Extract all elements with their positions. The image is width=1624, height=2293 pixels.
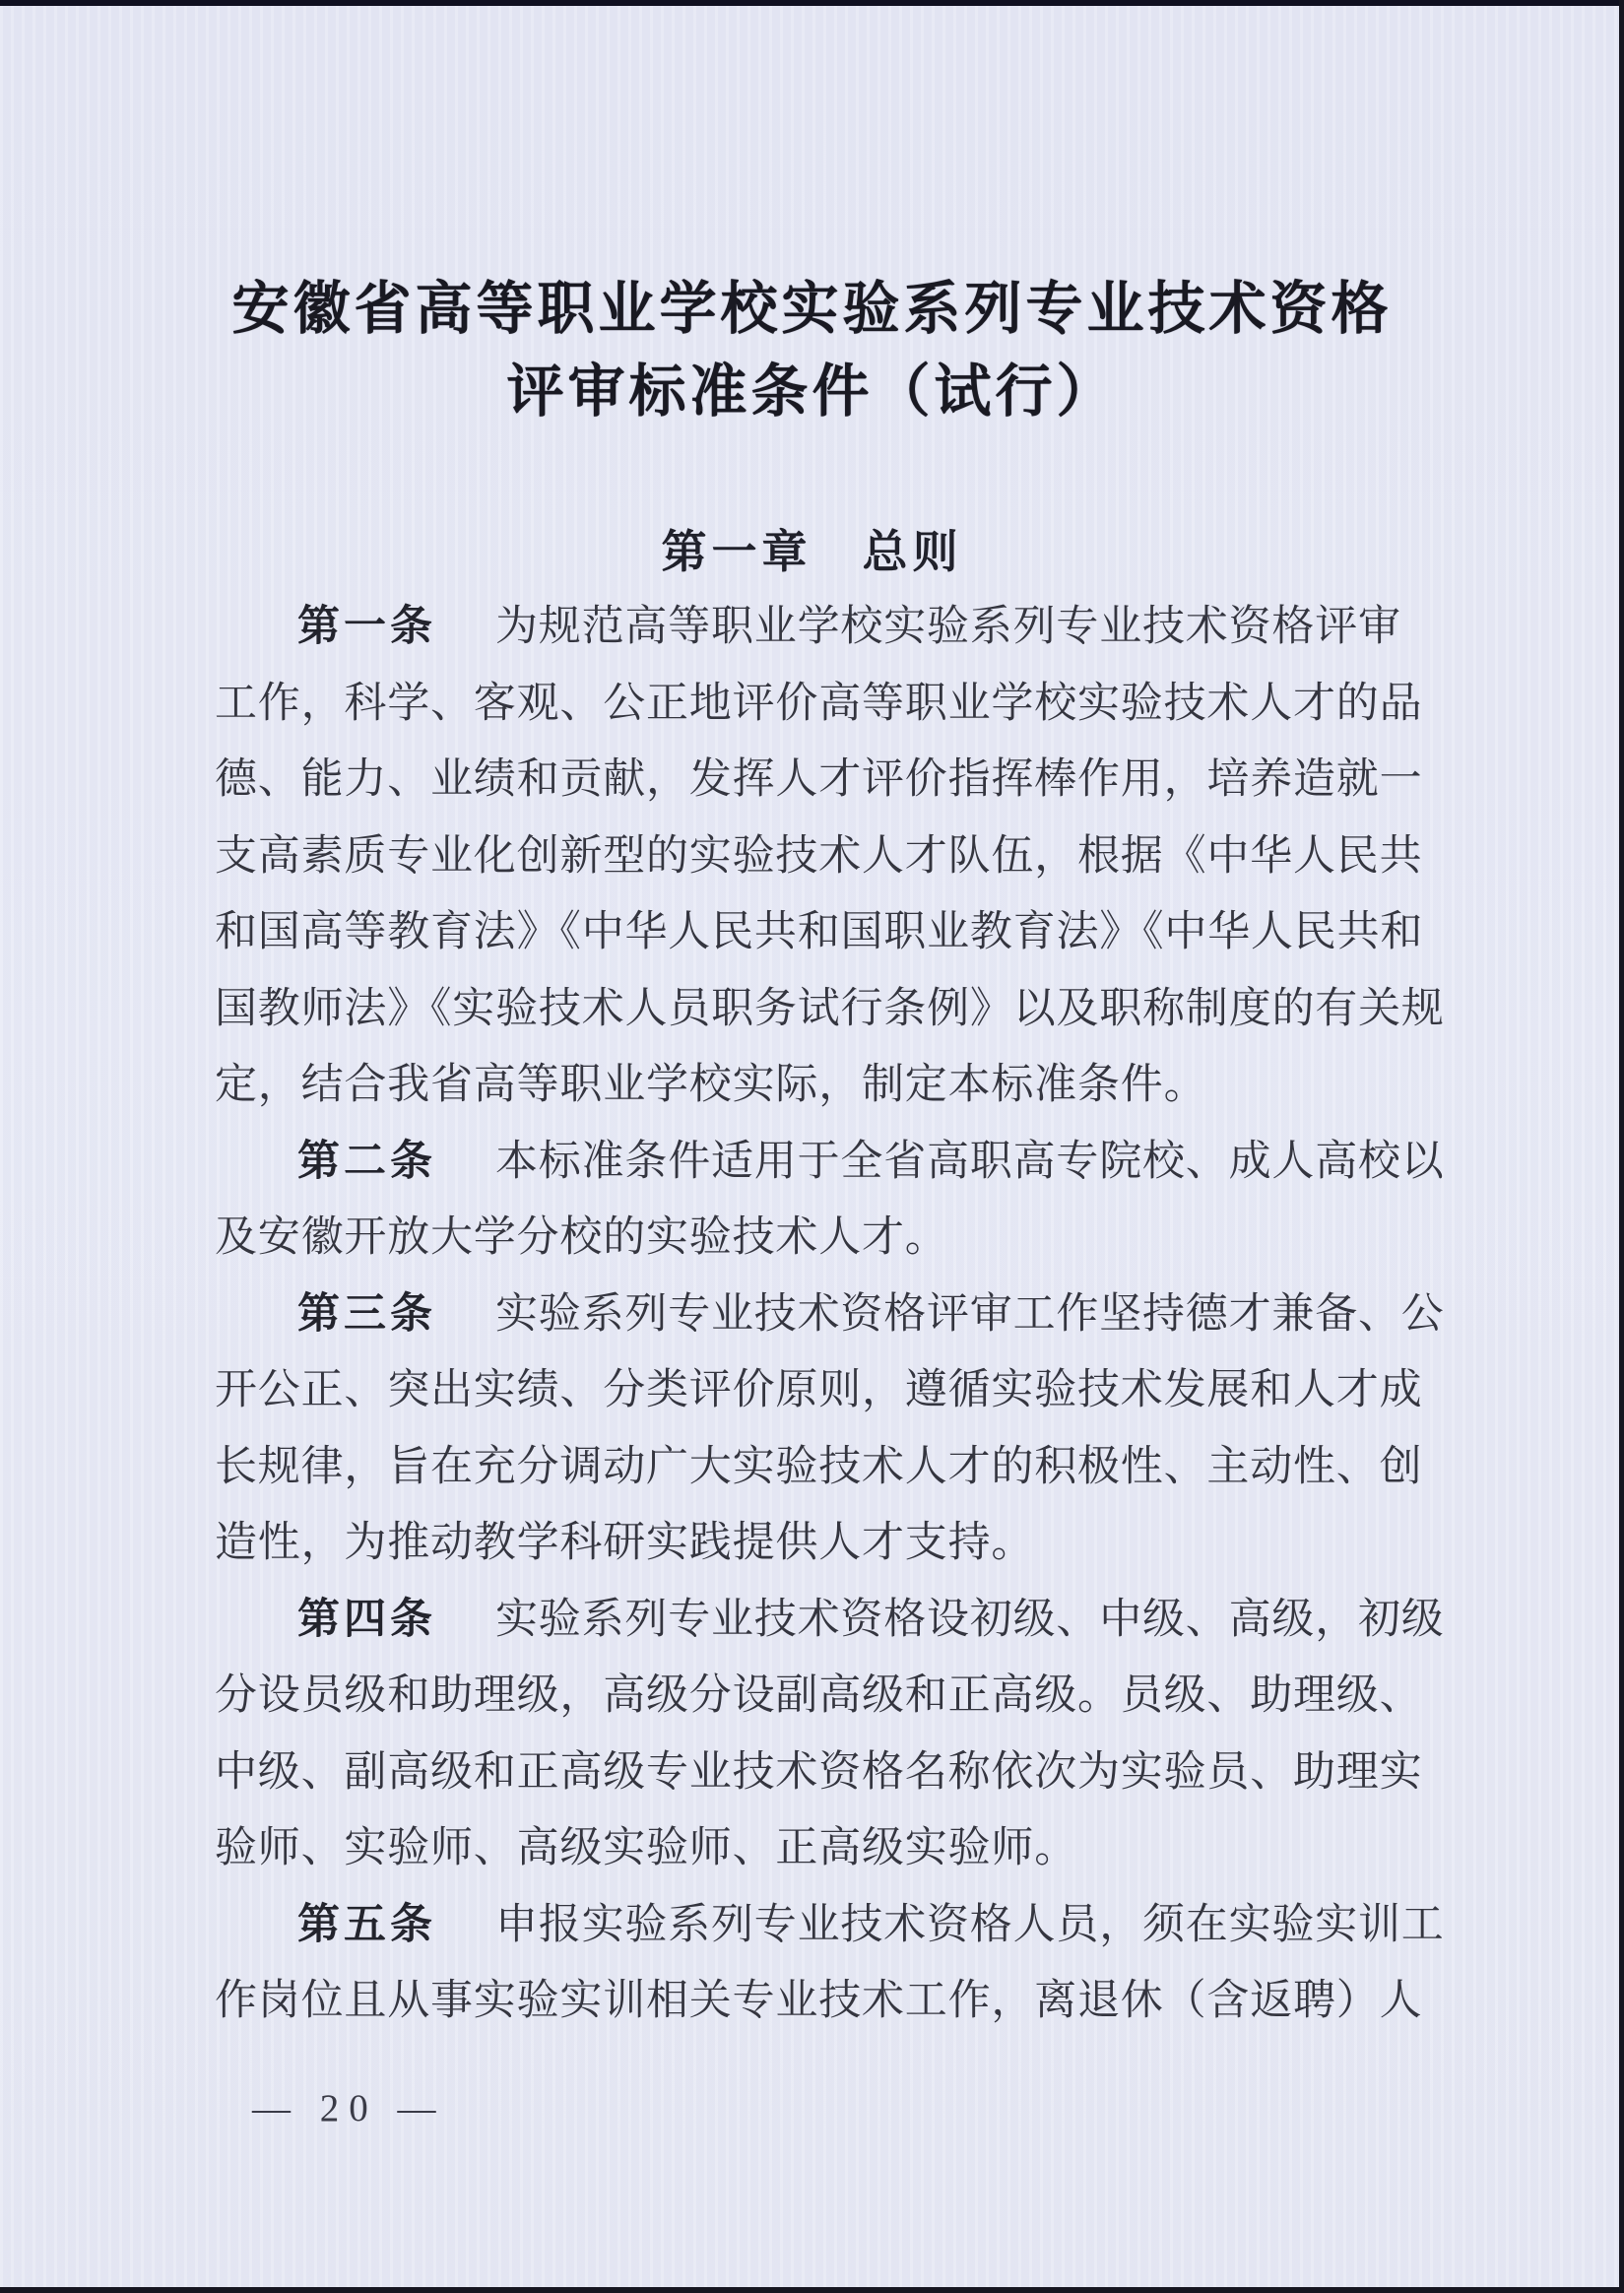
body-line: 第一条为规范高等职业学校实验系列专业技术资格评审 <box>215 589 1412 666</box>
body-line-text: 及安徽开放大学分校的实验技术人才。 <box>215 1214 948 1261</box>
body-line: 及安徽开放大学分校的实验技术人才。 <box>215 1200 1412 1277</box>
body-line-text: 验师、实验师、高级实验师、正高级实验师。 <box>215 1825 1077 1871</box>
scan-edge-top <box>0 0 1624 6</box>
body-line: 支高素质专业化创新型的实验技术人才队伍，根据《中华人民共 <box>215 819 1412 895</box>
body-line: 第三条实验系列专业技术资格评审工作坚持德才兼备、公 <box>215 1277 1412 1353</box>
body-line: 德、能力、业绩和贡献，发挥人才评价指挥棒作用，培养造就一 <box>215 742 1412 819</box>
article-label: 第二条 <box>297 1138 436 1185</box>
body-line: 工作，科学、客观、公正地评价高等职业学校实验技术人才的品 <box>215 666 1412 743</box>
body-line: 分设员级和助理级，高级分设副高级和正高级。员级、助理级、 <box>215 1658 1412 1735</box>
body-line-text: 本标准条件适用于全省高职高专院校、成人高校以 <box>495 1139 1445 1185</box>
scan-edge-bottom <box>0 2287 1624 2293</box>
body-line: 作岗位且从事实验实训相关专业技术工作，离退休（含返聘）人 <box>215 1963 1412 2040</box>
document-title: 安徽省高等职业学校实验系列专业技术资格 评审标准条件（试行） <box>0 268 1624 433</box>
body-line-text: 中级、副高级和正高级专业技术资格名称依次为实验员、助理实 <box>215 1749 1422 1796</box>
body-line: 定，结合我省高等职业学校实际，制定本标准条件。 <box>215 1047 1412 1124</box>
document-title-line-1: 安徽省高等职业学校实验系列专业技术资格 <box>0 268 1624 351</box>
body-line-text: 定，结合我省高等职业学校实际，制定本标准条件。 <box>215 1062 1206 1108</box>
body-line-text: 工作，科学、客观、公正地评价高等职业学校实验技术人才的品 <box>215 681 1422 727</box>
body-line-text: 国教师法》《实验技术人员职务试行条例》以及职称制度的有关规 <box>215 986 1445 1032</box>
scanned-document-page: 安徽省高等职业学校实验系列专业技术资格 评审标准条件（试行） 第一章 总则 第一… <box>0 0 1624 2293</box>
body-line-text: 支高素质专业化创新型的实验技术人才队伍，根据《中华人民共 <box>215 833 1422 880</box>
body-line-text: 长规律，旨在充分调动广大实验技术人才的积极性、主动性、创 <box>215 1444 1422 1490</box>
body-line-text: 为规范高等职业学校实验系列专业技术资格评审 <box>495 604 1401 650</box>
body-line: 验师、实验师、高级实验师、正高级实验师。 <box>215 1810 1412 1887</box>
body-line: 造性，为推动教学科研实践提供人才支持。 <box>215 1505 1412 1582</box>
body-line-text: 申报实验系列专业技术资格人员，须在实验实训工 <box>495 1902 1445 1948</box>
body-line: 第二条本标准条件适用于全省高职高专院校、成人高校以 <box>215 1124 1412 1201</box>
body-line: 第五条申报实验系列专业技术资格人员，须在实验实训工 <box>215 1887 1412 1964</box>
chapter-heading: 第一章 总则 <box>0 516 1624 581</box>
body-line-text: 分设员级和助理级，高级分设副高级和正高级。员级、助理级、 <box>215 1672 1422 1719</box>
body-line: 第四条实验系列专业技术资格设初级、中级、高级，初级 <box>215 1582 1412 1659</box>
body-line-text: 和国高等教育法》《中华人民共和国职业教育法》《中华人民共和 <box>215 909 1423 955</box>
body-line: 中级、副高级和正高级专业技术资格名称依次为实验员、助理实 <box>215 1735 1412 1811</box>
document-title-line-2: 评审标准条件（试行） <box>0 351 1624 433</box>
article-label: 第三条 <box>297 1290 436 1338</box>
body-line: 和国高等教育法》《中华人民共和国职业教育法》《中华人民共和 <box>215 894 1412 971</box>
body-line-text: 德、能力、业绩和贡献，发挥人才评价指挥棒作用，培养造就一 <box>215 756 1422 803</box>
body-line: 国教师法》《实验技术人员职务试行条例》以及职称制度的有关规 <box>215 971 1412 1048</box>
article-label: 第五条 <box>297 1901 436 1948</box>
body-line-text: 实验系列专业技术资格评审工作坚持德才兼备、公 <box>495 1291 1445 1338</box>
body-line: 长规律，旨在充分调动广大实验技术人才的积极性、主动性、创 <box>215 1429 1412 1506</box>
article-label: 第一条 <box>297 603 436 650</box>
body-line: 开公正、突出实绩、分类评价原则，遵循实验技术发展和人才成 <box>215 1352 1412 1429</box>
document-body: 第一条为规范高等职业学校实验系列专业技术资格评审 工作，科学、客观、公正地评价高… <box>215 589 1412 2040</box>
body-line-text: 开公正、突出实绩、分类评价原则，遵循实验技术发展和人才成 <box>215 1367 1422 1413</box>
body-line-text: 造性，为推动教学科研实践提供人才支持。 <box>215 1520 1034 1566</box>
article-label: 第四条 <box>297 1596 436 1643</box>
page-number: — 20 — <box>252 2086 446 2130</box>
body-line-text: 作岗位且从事实验实训相关专业技术工作，离退休（含返聘）人 <box>215 1978 1422 2024</box>
body-line-text: 实验系列专业技术资格设初级、中级、高级，初级 <box>495 1597 1445 1643</box>
